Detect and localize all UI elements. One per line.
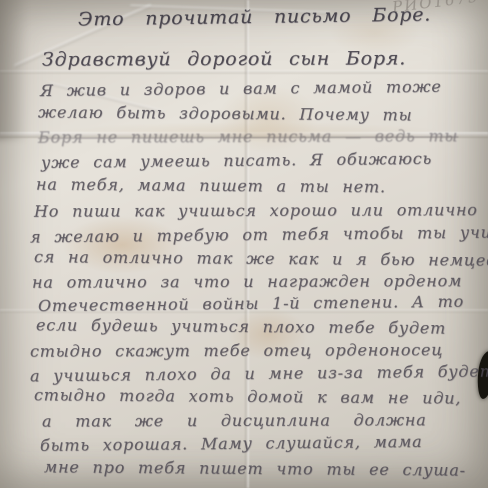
letter-line: на отлично за что и награжден орденом	[32, 271, 462, 292]
letter-line-faded-on-fold: Боря не пишешь мне письма — ведь ты	[38, 126, 458, 146]
letter-annotation-top: Это прочитай письмо Боре.	[78, 4, 431, 31]
corner-shadow	[0, 0, 28, 140]
letter-line: если будешь учиться плохо тебе будет	[36, 315, 446, 337]
letter-line: стыдно скажут тебе отец орденоносец	[30, 340, 443, 360]
letter-line: желаю быть здоровыми. Почему ты	[38, 103, 413, 125]
letter-line: стыдно тогда хоть домой к вам не иди,	[34, 385, 461, 407]
letter-line: Я жив и здоров и вам с мамой тоже	[40, 77, 442, 100]
letter-line: быть хорошая. Маму слушайся, мама	[40, 432, 423, 455]
letter-line: на тебя, мама пишет а ты нет.	[36, 175, 386, 197]
letter-line: мне про тебя пишет что ты ее слуша-	[44, 457, 466, 479]
letter-line: Но пиши как учишься хорошо или отлично	[34, 200, 478, 221]
letter-line: Здравствуй дорогой сын Боря.	[42, 47, 406, 70]
letter-line: ся на отлично так же как и я бью немцев	[34, 247, 488, 270]
fold-crease-horizontal-upper	[0, 70, 488, 74]
letter-line: уже сам умеешь писать. Я обижаюсь	[41, 149, 432, 172]
letter-line: а так же и дисциплина должна	[42, 410, 427, 430]
letter-photo: РИО1675 Это прочитай письмо Боре. Здравс…	[0, 0, 488, 488]
letter-line: а учишься плохо да и мне из-за тебя буде…	[30, 362, 488, 386]
letter-line: я желаю и требую от тебя чтобы ты учил-	[30, 222, 488, 246]
